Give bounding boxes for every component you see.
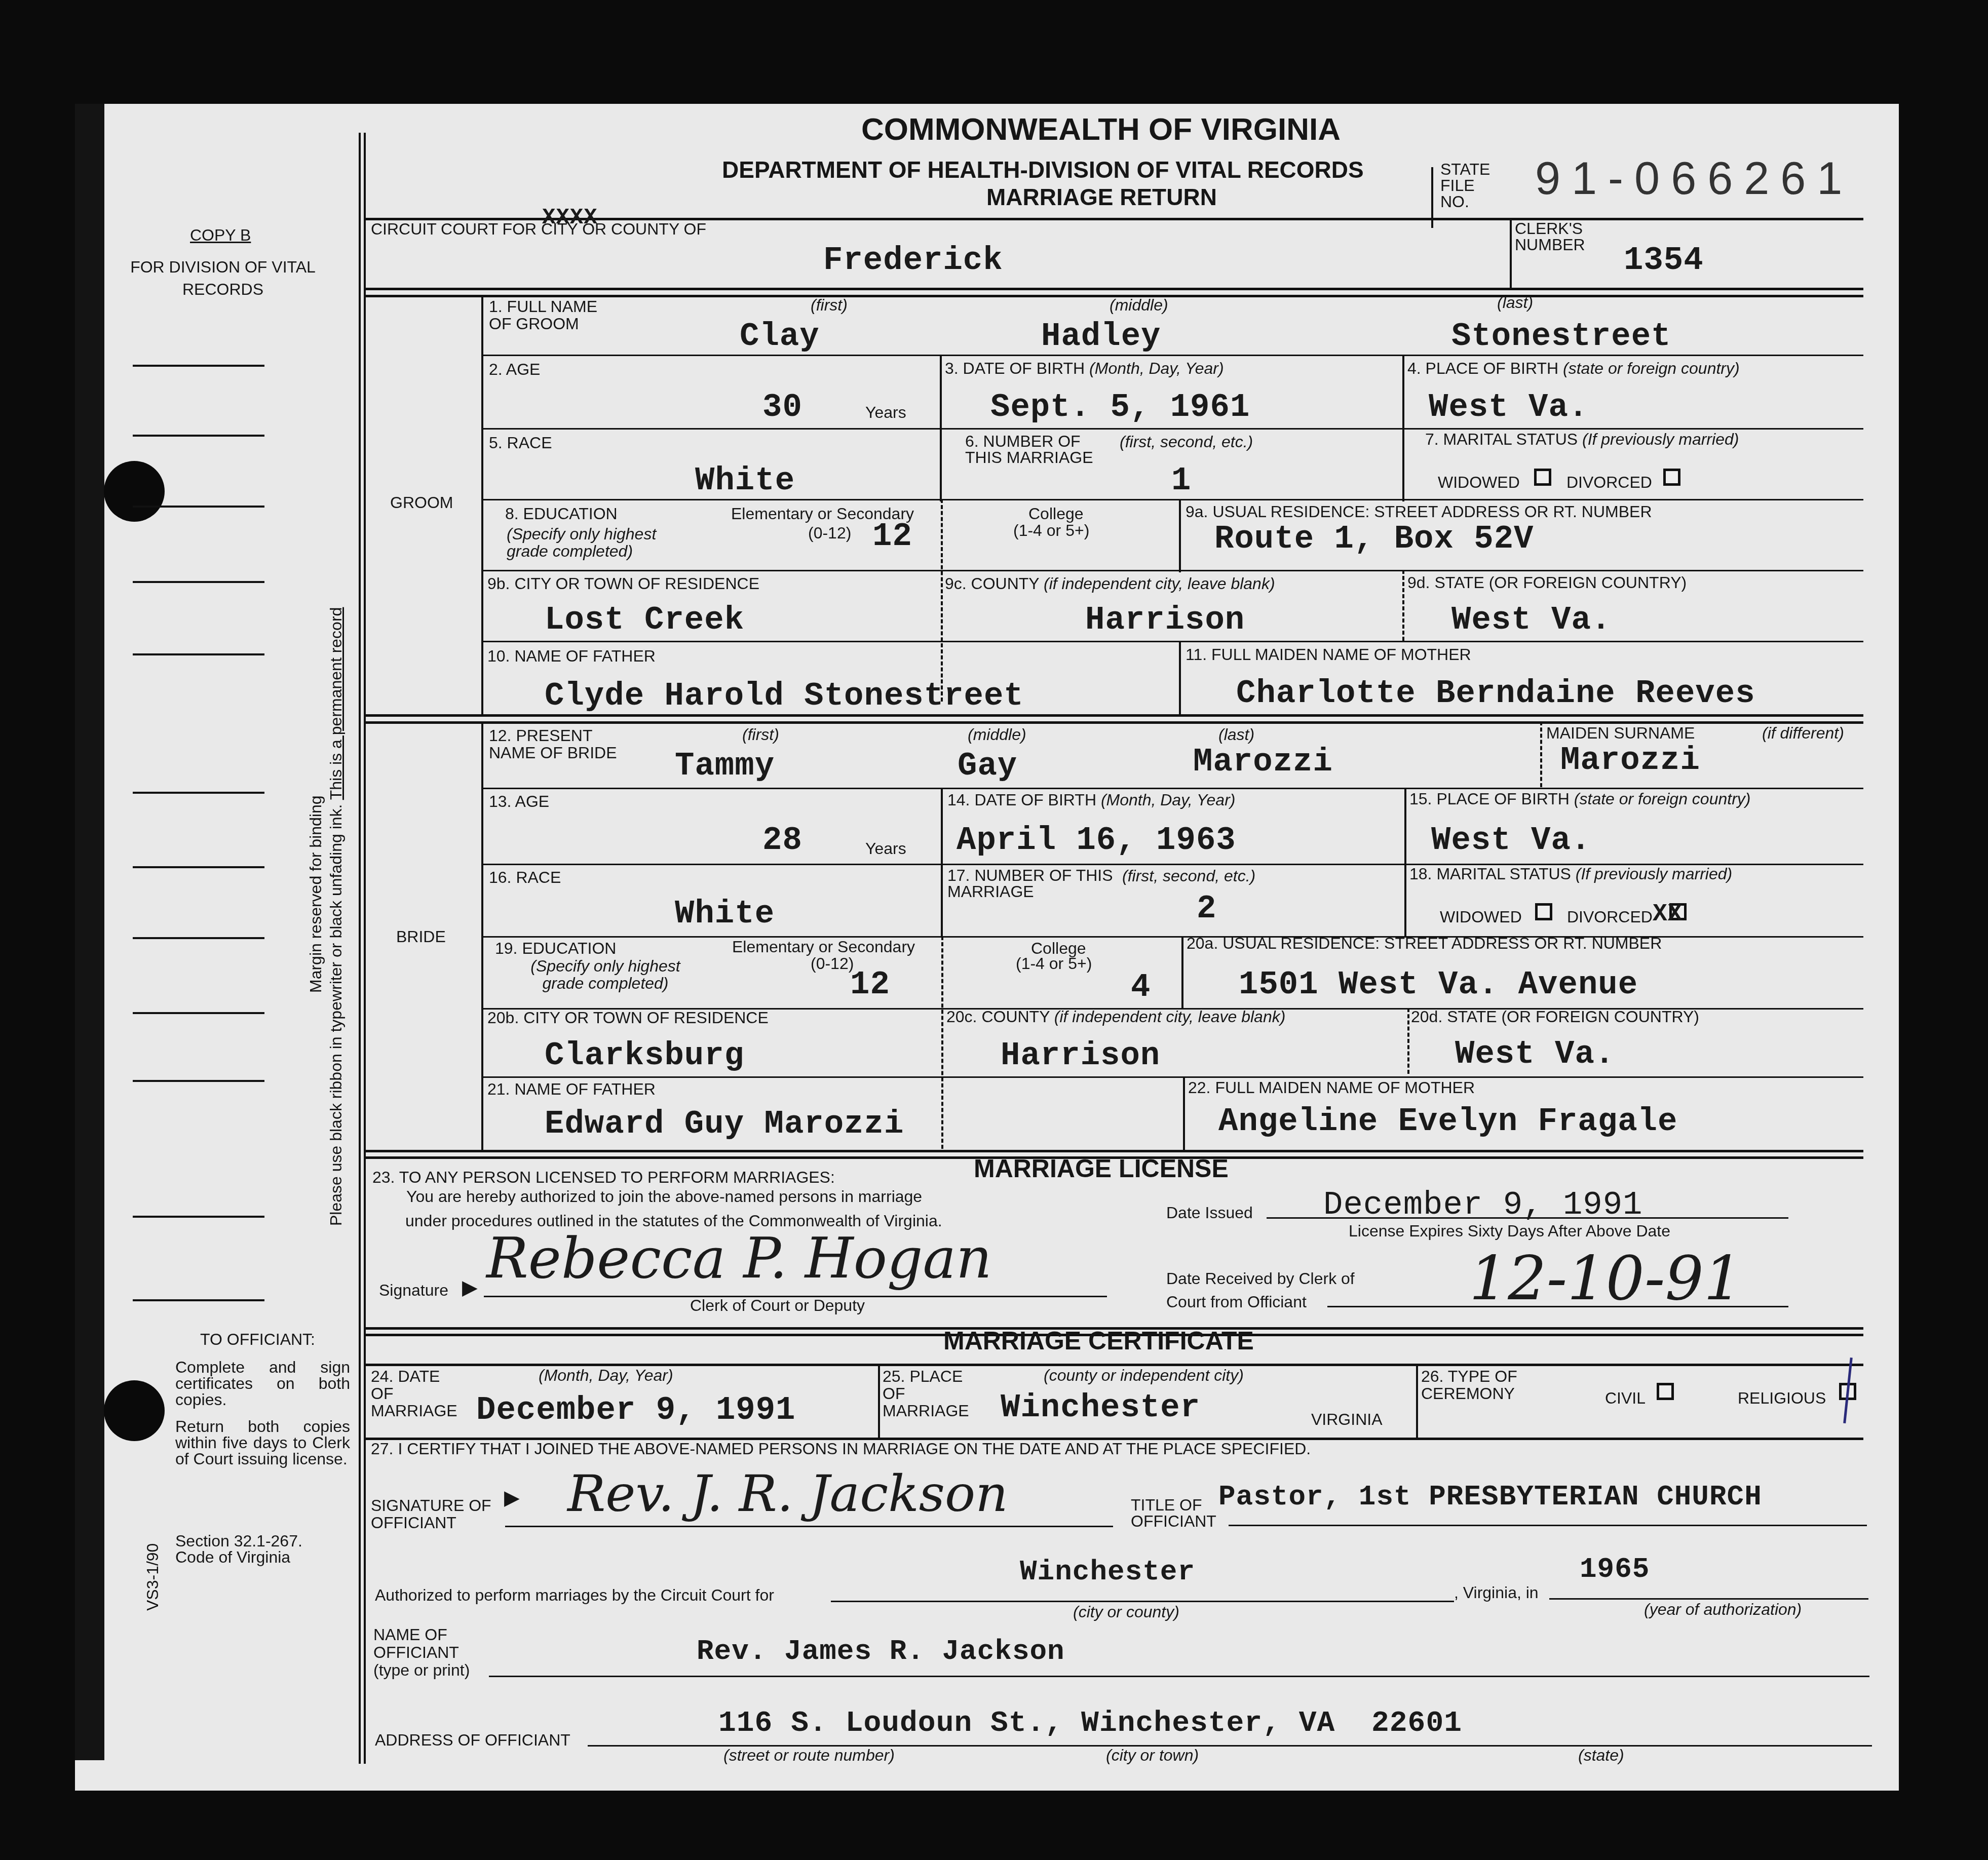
groom-widowed-checkbox[interactable] xyxy=(1534,469,1551,486)
rule xyxy=(481,788,1863,789)
widowed-label: WIDOWED xyxy=(1438,474,1520,491)
bride-section-label: BRIDE xyxy=(396,928,446,946)
groom-marital-label: 7. MARITAL STATUS xyxy=(1425,430,1578,448)
court-overstrike: XXXX xyxy=(542,200,598,236)
groom-pob-label: 4. PLACE OF BIRTH xyxy=(1407,359,1558,377)
divider xyxy=(1540,721,1542,787)
virginia-label: , Virginia, in xyxy=(1454,1584,1539,1602)
bride-race: White xyxy=(675,897,775,932)
bride-marriage-number: 2 xyxy=(1197,892,1216,927)
rule xyxy=(481,641,1863,642)
copy-label: COPY B xyxy=(190,226,251,244)
certificate-section-title: MARRIAGE CERTIFICATE xyxy=(943,1332,1254,1350)
department-title: DEPARTMENT OF HEALTH-DIVISION OF VITAL R… xyxy=(722,161,1364,179)
divorced-label: DIVORCED xyxy=(1567,908,1653,926)
marriage-place: Winchester xyxy=(1001,1390,1200,1426)
civil-label: CIVIL xyxy=(1605,1389,1646,1407)
groom-age-label: 2. AGE xyxy=(489,361,540,378)
ink-instructions: Please use black ribbon in typewriter or… xyxy=(327,607,346,1226)
rule xyxy=(364,714,1863,717)
state-file-number: 91-066261 xyxy=(1535,161,1853,197)
elementary-range: (0-12) xyxy=(808,524,851,542)
rule xyxy=(481,570,1863,571)
groom-mother: Charlotte Berndaine Reeves xyxy=(1236,676,1755,712)
elementary-label: Elementary or Secondary xyxy=(732,938,915,956)
hint: (state or foreign country) xyxy=(1574,790,1751,808)
groom-race-label: 5. RACE xyxy=(489,434,552,452)
bride-residence-label: 20a. USUAL RESIDENCE: STREET ADDRESS OR … xyxy=(1187,935,1662,952)
binding-strip xyxy=(75,104,104,1760)
to-officiant-instruction-1: Complete and sign certificates on both c… xyxy=(175,1359,350,1408)
blank-line xyxy=(133,866,264,868)
clerk-number: 1354 xyxy=(1624,243,1704,279)
ceremony-type-label: 26. TYPE OF CEREMONY xyxy=(1421,1368,1533,1402)
divider xyxy=(1402,570,1404,641)
officiant-address-label: ADDRESS OF OFFICIANT xyxy=(375,1731,570,1749)
blank-line xyxy=(133,792,264,794)
blank-line xyxy=(133,1216,264,1218)
bride-residence: 1501 West Va. Avenue xyxy=(1239,967,1638,1003)
code-name: Code of Virginia xyxy=(175,1548,290,1566)
hint: (year of authorization) xyxy=(1644,1601,1802,1618)
divider xyxy=(1510,218,1512,289)
bride-county-label: 20c. COUNTY xyxy=(946,1007,1050,1026)
arrow-right-icon: ▶ xyxy=(462,1279,478,1297)
blank-line xyxy=(133,937,264,939)
bride-father-label: 21. NAME OF FATHER xyxy=(487,1080,656,1098)
groom-dob-label: 3. DATE OF BIRTH xyxy=(945,359,1085,377)
hint: (middle) xyxy=(968,726,1026,744)
bride-name-label: 12. PRESENT NAME OF BRIDE xyxy=(489,727,641,761)
form-title: COMMONWEALTH OF VIRGINIA xyxy=(861,121,1341,138)
bride-education-label: 19. EDUCATION xyxy=(495,940,616,957)
bride-mother-label: 22. FULL MAIDEN NAME OF MOTHER xyxy=(1188,1079,1475,1097)
to-officiant-title: TO OFFICIANT: xyxy=(200,1331,315,1348)
form-name: MARRIAGE RETURN xyxy=(986,188,1217,206)
punch-hole xyxy=(104,461,165,522)
groom-age: 30 xyxy=(762,390,802,425)
divider xyxy=(1404,788,1406,937)
year-line xyxy=(1549,1598,1868,1600)
bride-divorced-mark: XX xyxy=(1653,897,1683,932)
arrow-right-icon: ▶ xyxy=(504,1489,520,1507)
divider xyxy=(878,1364,880,1439)
officiant-name-line xyxy=(489,1676,1869,1677)
groom-name-label: 1. FULL NAME OF GROOM xyxy=(489,298,605,332)
groom-state: West Va. xyxy=(1451,603,1611,638)
groom-first-name: Clay xyxy=(740,319,820,355)
expiry-note: License Expires Sixty Days After Above D… xyxy=(1349,1222,1670,1240)
groom-marriage-number: 1 xyxy=(1171,463,1191,499)
bride-dob: April 16, 1963 xyxy=(957,823,1236,859)
elementary-range: (0-12) xyxy=(811,955,854,973)
hint: (If previously married) xyxy=(1582,430,1739,448)
groom-residence-label: 9a. USUAL RESIDENCE: STREET ADDRESS OR R… xyxy=(1186,503,1652,521)
divider xyxy=(1416,1364,1418,1439)
groom-last-name: Stonestreet xyxy=(1451,319,1671,355)
divider xyxy=(1407,1008,1409,1074)
groom-residence: Route 1, Box 52V xyxy=(1214,522,1534,557)
hint: (Month, Day, Year) xyxy=(1089,359,1224,377)
bride-marital-label: 18. MARITAL STATUS xyxy=(1409,865,1571,883)
officiant-title-label: TITLE OF OFFICIANT xyxy=(1131,1497,1232,1529)
copy-purpose: FOR DIVISION OF VITAL RECORDS xyxy=(124,256,322,300)
bride-first-name: Tammy xyxy=(675,749,775,784)
groom-divorced-checkbox[interactable] xyxy=(1663,469,1680,486)
authorization-year: 1965 xyxy=(1580,1552,1650,1587)
punch-hole xyxy=(104,1380,165,1441)
officiant-signature-label: SIGNATURE OF OFFICIANT xyxy=(371,1497,503,1531)
officiant-signature-line xyxy=(505,1526,1113,1527)
blank-line xyxy=(133,435,264,437)
bride-elementary-grade: 12 xyxy=(850,967,890,1003)
bride-maiden-surname: Marozzi xyxy=(1560,743,1700,779)
date-received-label: Court from Officiant xyxy=(1166,1293,1307,1311)
signer-role: Clerk of Court or Deputy xyxy=(690,1297,865,1314)
officiant-title-line xyxy=(1229,1525,1867,1526)
license-section-title: MARRIAGE LICENSE xyxy=(974,1160,1229,1178)
hint: (if independent city, leave blank) xyxy=(1054,1007,1286,1026)
groom-elementary-grade: 12 xyxy=(872,519,912,555)
hint: (first) xyxy=(811,296,848,314)
bride-county: Harrison xyxy=(1001,1038,1160,1074)
years-label: Years xyxy=(865,404,906,421)
divider xyxy=(941,499,943,702)
license-item-label: 23. TO ANY PERSON LICENSED TO PERFORM MA… xyxy=(372,1169,835,1186)
hint: (Month, Day, Year) xyxy=(539,1367,673,1384)
rule xyxy=(481,428,1863,430)
years-label: Years xyxy=(865,840,906,858)
bride-state-label: 20d. STATE (OR FOREIGN COUNTRY) xyxy=(1411,1008,1699,1026)
groom-county: Harrison xyxy=(1085,603,1245,638)
bride-city-label: 20b. CITY OR TOWN OF RESIDENCE xyxy=(487,1009,769,1027)
bride-widowed-checkbox[interactable] xyxy=(1535,903,1552,920)
maiden-surname-label: MAIDEN SURNAME xyxy=(1546,724,1695,742)
groom-city: Lost Creek xyxy=(545,603,744,638)
divorced-label: DIVORCED xyxy=(1566,474,1652,491)
hint: (middle) xyxy=(1110,296,1168,314)
certification-statement: 27. I CERTIFY THAT I JOINED THE ABOVE-NA… xyxy=(371,1440,1311,1458)
blank-line xyxy=(133,581,264,583)
rule xyxy=(481,499,1863,500)
groom-state-label: 9d. STATE (OR FOREIGN COUNTRY) xyxy=(1407,574,1687,592)
divider xyxy=(1179,641,1181,714)
hint: (street or route number) xyxy=(723,1747,895,1764)
signature-label: Signature xyxy=(379,1282,448,1299)
hint: (first, second, etc.) xyxy=(1120,433,1253,451)
margin-note: Margin reserved for binding xyxy=(307,795,325,993)
groom-county-label: 9c. COUNTY xyxy=(945,574,1039,593)
court-label: CIRCUIT COURT FOR CITY OR COUNTY OF xyxy=(371,220,706,238)
rule xyxy=(364,1150,1863,1152)
divider xyxy=(941,788,943,937)
hint: (if independent city, leave blank) xyxy=(1044,574,1275,593)
groom-pob: West Va. xyxy=(1429,390,1588,425)
bride-middle-name: Gay xyxy=(958,749,1017,784)
divider xyxy=(1183,1076,1185,1152)
officiant-title: Pastor, 1st PRESBYTERIAN CHURCH xyxy=(1218,1479,1762,1515)
groom-race: White xyxy=(695,463,795,499)
date-received-label: Date Received by Clerk of xyxy=(1166,1270,1355,1288)
officiant-signature: Rev. J. R. Jackson xyxy=(567,1464,1008,1523)
groom-education-label: 8. EDUCATION xyxy=(505,505,618,523)
blank-line xyxy=(133,1080,264,1082)
hint: (first) xyxy=(742,726,779,744)
groom-father-label: 10. NAME OF FATHER xyxy=(487,647,656,665)
hint: (last) xyxy=(1497,294,1533,312)
bride-pob-label: 15. PLACE OF BIRTH xyxy=(1409,790,1570,808)
college-range: (1-4 or 5+) xyxy=(1016,955,1092,973)
bride-mother: Angeline Evelyn Fragale xyxy=(1218,1104,1677,1140)
bride-father: Edward Guy Marozzi xyxy=(545,1107,904,1142)
widowed-label: WIDOWED xyxy=(1440,908,1522,926)
religious-label: RELIGIOUS xyxy=(1738,1389,1826,1407)
civil-checkbox[interactable] xyxy=(1657,1383,1674,1400)
bride-marriage-number-label: 17. NUMBER OF THIS MARRIAGE xyxy=(947,867,1115,900)
frame-line xyxy=(359,133,361,1764)
blank-line xyxy=(133,506,264,508)
date-issued: December 9, 1991 xyxy=(1323,1188,1643,1223)
rule xyxy=(481,355,1863,356)
college-range: (1-4 or 5+) xyxy=(1013,522,1089,539)
frame-line xyxy=(364,133,366,1764)
hint: (first, second, etc.) xyxy=(1122,867,1255,885)
marriage-place-label: 25. PLACE OF MARRIAGE xyxy=(883,1368,974,1419)
hint: (if different) xyxy=(1762,724,1844,742)
hint: (state) xyxy=(1578,1747,1624,1764)
hint: (Month, Day, Year) xyxy=(1101,791,1236,809)
groom-dob: Sept. 5, 1961 xyxy=(990,390,1250,425)
bride-last-name: Marozzi xyxy=(1193,745,1333,780)
groom-middle-name: Hadley xyxy=(1041,319,1161,355)
clerk-signature: Rebecca P. Hogan xyxy=(486,1226,992,1291)
hint: (If previously married) xyxy=(1576,865,1732,883)
bride-college-years: 4 xyxy=(1131,970,1151,1005)
code-section: Section 32.1-267. xyxy=(175,1532,302,1550)
date-received: 12-10-91 xyxy=(1469,1244,1742,1314)
divider xyxy=(1179,499,1181,572)
hint: (city or town) xyxy=(1106,1747,1199,1764)
bride-pob: West Va. xyxy=(1431,823,1591,859)
bride-age-label: 13. AGE xyxy=(489,793,549,810)
hint: (city or county) xyxy=(1073,1603,1179,1621)
marriage-date: December 9, 1991 xyxy=(476,1393,796,1428)
date-issued-label: Date Issued xyxy=(1166,1204,1253,1222)
bride-dob-label: 14. DATE OF BIRTH xyxy=(947,791,1096,809)
officiant-name: Rev. James R. Jackson xyxy=(697,1634,1065,1669)
bride-age: 28 xyxy=(762,823,802,859)
authorized-city: Winchester xyxy=(1020,1554,1195,1590)
groom-mother-label: 11. FULL MAIDEN NAME OF MOTHER xyxy=(1186,646,1471,664)
blank-line xyxy=(133,1012,264,1014)
rule xyxy=(481,1076,1863,1078)
hint: (county or independent city) xyxy=(1044,1367,1244,1384)
divider xyxy=(1181,936,1183,1010)
authorization-text: You are hereby authorized to join the ab… xyxy=(406,1188,922,1206)
officiant-name-label: NAME OF OFFICIANT (type or print) xyxy=(373,1626,490,1679)
groom-marriage-number-label: 6. NUMBER OF THIS MARRIAGE xyxy=(965,433,1117,466)
authorization-label: Authorized to perform marriages by the C… xyxy=(375,1586,774,1604)
divider xyxy=(941,936,943,1149)
blank-line xyxy=(133,365,264,367)
hint: (last) xyxy=(1218,726,1254,744)
groom-father: Clyde Harold Stonestreet xyxy=(545,679,1024,714)
court-county: Frederick xyxy=(823,243,1003,279)
marriage-date-label: 24. DATE OF MARRIAGE xyxy=(371,1368,462,1419)
college-label: College xyxy=(1028,505,1084,523)
authorized-city-line xyxy=(831,1601,1454,1602)
officiant-address: 116 S. Loudoun St., Winchester, VA 22601 xyxy=(718,1706,1462,1741)
bride-state: West Va. xyxy=(1455,1037,1615,1072)
form-code: VS3-1/90 xyxy=(143,1543,162,1611)
bride-race-label: 16. RACE xyxy=(489,869,561,886)
hint: (Specify only highest grade completed) xyxy=(509,957,702,992)
groom-section-label: GROOM xyxy=(390,494,453,512)
blank-line xyxy=(133,1299,264,1301)
blank-line xyxy=(133,653,264,655)
groom-city-label: 9b. CITY OR TOWN OF RESIDENCE xyxy=(487,575,759,593)
bride-city: Clarksburg xyxy=(545,1038,744,1074)
divider xyxy=(481,295,483,715)
hint: (Specify only highest grade completed) xyxy=(507,525,699,560)
to-officiant-instruction-2: Return both copies within five days to C… xyxy=(175,1418,350,1467)
marriage-state: VIRGINIA xyxy=(1311,1411,1382,1428)
hint: (state or foreign country) xyxy=(1563,359,1740,377)
rule xyxy=(364,288,1863,290)
state-file-label: STATE FILE NO. xyxy=(1440,161,1496,210)
clerk-number-label: CLERK'S NUMBER xyxy=(1515,220,1616,253)
